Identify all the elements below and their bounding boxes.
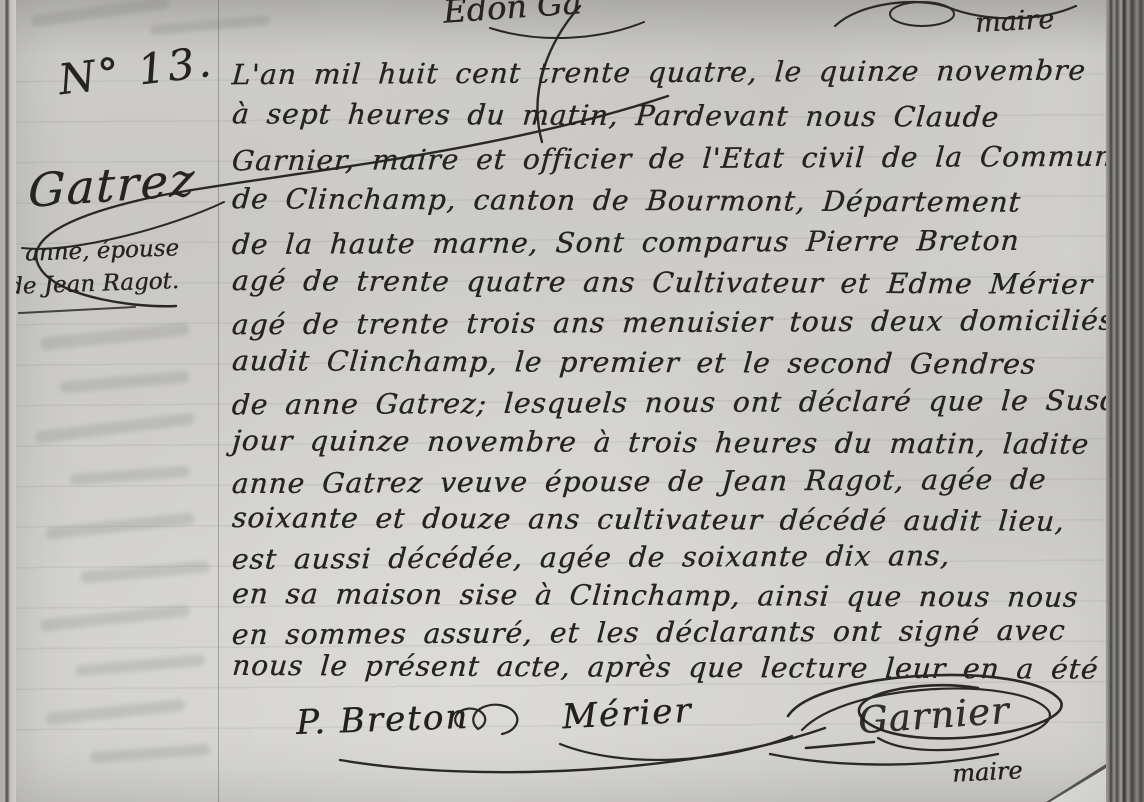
act-line: anne Gatrez veuve épouse de Jean Ragot, … [231,463,1048,500]
ghost-bleed-mark [40,322,191,351]
ghost-bleed-mark [70,466,190,485]
previous-entry-fragment: Edon Ga [442,0,583,31]
margin-surname: Gatrez [27,152,197,218]
act-line: de Clinchamp, canton de Bourmont, Départ… [231,182,1022,218]
signature-breton: P. Breton [295,697,469,743]
signature-garnier: Garnier [857,689,1011,742]
act-number: N° 13. [56,37,217,105]
act-line: agé de trente trois ans menuisier tous d… [231,304,1115,342]
ghost-bleed-mark [40,604,190,632]
margin-note-line-1: anne, épouse [25,235,180,266]
ghost-bleed-mark [30,0,170,28]
margin-underline-stroke [18,306,136,314]
page-edge-left [0,0,16,802]
act-line: audit Clinchamp, le premier et le second… [231,344,1037,381]
act-line: à sept heures du matin, Pardevant nous C… [231,97,1000,133]
ghost-bleed-mark [35,412,195,443]
ghost-bleed-mark [45,512,195,540]
margin-note-line-2: de Jean Ragot. [8,268,180,300]
act-line: agé de trente quatre ans Cultivateur et … [231,264,1094,301]
act-line: est aussi décédée, agée de soixante dix … [231,539,951,576]
ghost-bleed-mark [75,654,205,676]
act-line: en sa maison sise à Clinchamp, ainsi que… [231,577,1080,614]
ghost-bleed-mark [80,560,211,583]
previous-entry-maire-label: maire [974,4,1055,39]
register-page-scan: Edon Ga maire N° 13. Gatrez anne, épouse… [0,0,1144,802]
signature-merier: Mérier [561,691,693,738]
margin-rule-line [218,0,219,802]
ghost-bleed-mark [60,370,191,393]
act-line: de la haute marne, Sont comparus Pierre … [231,224,1021,261]
act-line: nous le présent acte, après que lecture … [231,649,1144,686]
act-line: de anne Gatrez; lesquels nous ont déclar… [231,384,1143,422]
act-line: Garnier, maire et officier de l'Etat civ… [231,140,1132,178]
ghost-bleed-mark [45,699,185,726]
ghost-bleed-mark [150,15,270,35]
act-line: en sommes assuré, et les déclarants ont … [231,614,1067,651]
book-binding [1106,0,1144,802]
act-line: L'an mil huit cent trente quatre, le qui… [231,54,1087,91]
act-line: soixante et douze ans cultivateur décédé… [231,501,1066,538]
ghost-bleed-mark [90,744,210,763]
act-line: jour quinze novembre à trois heures du m… [231,424,1090,461]
garnier-title-maire: maire [951,756,1023,788]
